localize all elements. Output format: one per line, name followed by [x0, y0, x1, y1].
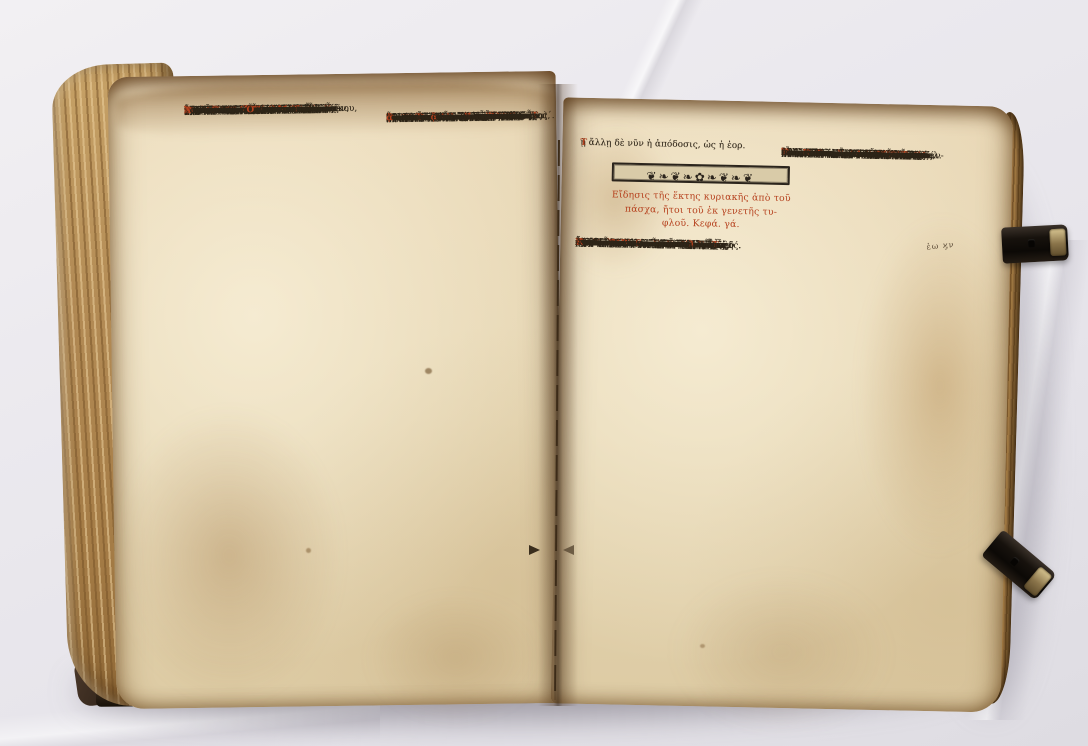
photo-of-open-antique-book: ἦχ, πλβ. Παρὰ τὸ φρέαρ τοῦ ἰα-κὼβ. καὶ ν… — [0, 0, 1088, 746]
left-page: ἦχ, πλβ. Παρὰ τὸ φρέαρ τοῦ ἰα-κὼβ. καὶ ν… — [108, 71, 565, 709]
right-page-line-above-ornament: Τῇ ἄλλῃ δὲ νῦν ἡ ἀπόδοσις, ὡς ἡ ἑορ. — [581, 138, 791, 142]
large-fore-edge-stain — [854, 214, 1026, 557]
top-clasp-strap — [1001, 224, 1069, 263]
left-page-column-1-text: ἦχ, πλβ. Παρὰ τὸ φρέαρ τοῦ ἰα-κὼβ. καὶ ν… — [184, 103, 386, 106]
damp-stain — [112, 404, 346, 707]
gutter-triangle-mark — [529, 545, 540, 555]
right-page: Τῇ ἄλλῃ δὲ νῦν ἡ ἀπόδοσις, ὡς ἡ ἑορ. ❦❧❦… — [551, 97, 1014, 712]
bottom-clasp-buckle — [1023, 566, 1053, 597]
handwritten-margin-note: ἑω ϗν — [926, 240, 955, 252]
foliate-ornament-icon: ❦❧❦❧✿❧❦❧❦ — [646, 169, 755, 185]
chapter-heading-rubric: Εἴδησις τῆς ἕκτης κυριακῆς ἀπὸ τοῦπάσχα,… — [603, 188, 800, 233]
strap-hole — [1028, 239, 1035, 247]
woodcut-ornament-band: ❦❧❦❧✿❧❦❧❦ — [612, 162, 790, 185]
left-page-column-2-text: Εὐαγγέλιον κατὰ ἰωάννην ἑωθινόν,ζ΄. Τῇ μ… — [386, 111, 552, 113]
strap-hole — [1010, 556, 1021, 567]
right-page-column-2-text: Ἀναγινώσκομεν δὲ εἰς τὸ κατὰ ἰωάν-νην, λ… — [781, 148, 959, 152]
gutter-triangle-mark — [563, 545, 574, 555]
right-page-column-1-text: Κυριακῇ ἕκτῃ ἀπὸ τοῦ πάσχα, εἰς τὸνἐκ γε… — [575, 238, 775, 242]
top-clasp-buckle — [1049, 228, 1066, 256]
